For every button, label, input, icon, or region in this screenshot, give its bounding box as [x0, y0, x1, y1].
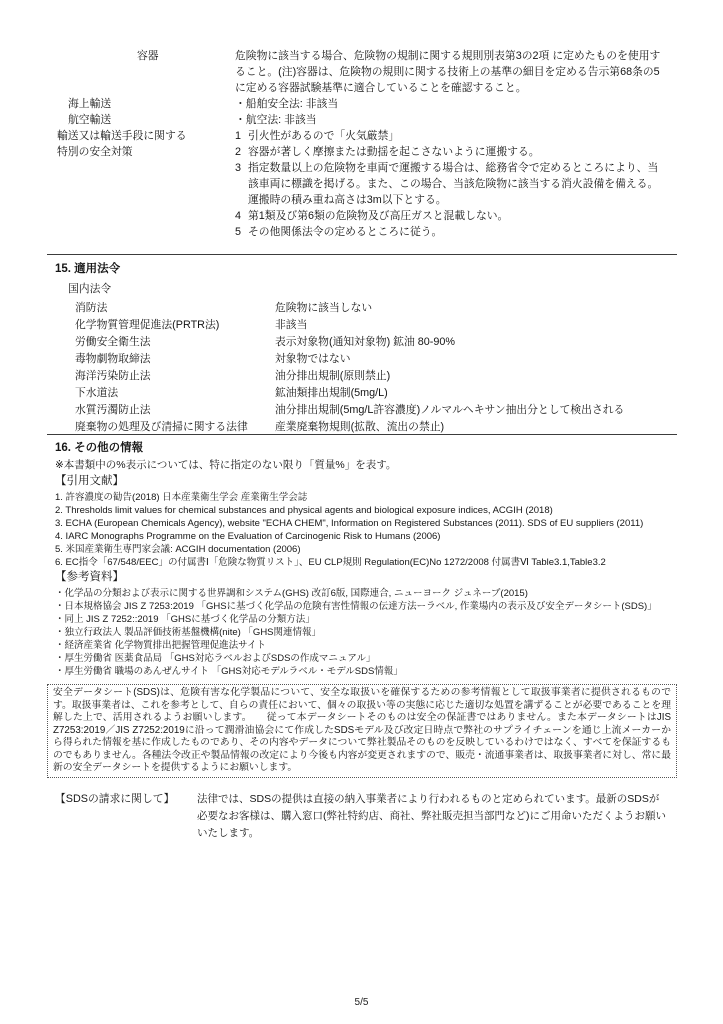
- sds-document-page: 容器 危険物に該当する場合、危険物の規制に関する規則別表第3の2項 に定めたもの…: [0, 0, 723, 1024]
- reference-item: ・経済産業省 化学物質排出把握管理促進法サイト: [55, 639, 669, 652]
- safety-item-text: 指定数量以上の危険物を車両で運搬する場合は、総務省令で定めるところにより、当該車…: [248, 160, 669, 208]
- section-16-other-information: 16. その他の情報 ※本書類中の%表示については、特に指定のない限り「質量%」…: [55, 440, 669, 842]
- law-name: 毒物劇物取締法: [55, 351, 275, 368]
- safety-item-text: 第1類及び第6類の危険物及び高圧ガスと混載しない。: [248, 208, 669, 224]
- air-transport-label: 航空輸送: [55, 112, 235, 128]
- section-15-applicable-laws: 15. 適用法令 国内法令 消防法 危険物に該当しない 化学物質管理促進法(PR…: [55, 261, 669, 436]
- laws-table: 消防法 危険物に該当しない 化学物質管理促進法(PRTR法) 非該当 労働安全衛…: [55, 300, 669, 436]
- safety-item-number: 2: [235, 144, 248, 160]
- container-value: 危険物に該当する場合、危険物の規制に関する規則別表第3の2項 に定めたものを使用…: [235, 48, 669, 96]
- citation-item: 5. 米国産業衛生専門家会議: ACGIH documentation (200…: [55, 543, 669, 556]
- law-status: 油分排出規制(5mg/L許容濃度)ノルマルヘキサン抽出分として検出される: [275, 402, 669, 419]
- safety-item-number: 4: [235, 208, 248, 224]
- mass-percent-note: ※本書類中の%表示については、特に指定のない限り「質量%」を表す。: [55, 458, 669, 473]
- law-status: 非該当: [275, 317, 669, 334]
- law-status: 危険物に該当しない: [275, 300, 669, 317]
- law-row: 化学物質管理促進法(PRTR法) 非該当: [55, 317, 669, 334]
- container-row: 容器 危険物に該当する場合、危険物の規制に関する規則別表第3の2項 に定めたもの…: [55, 48, 669, 96]
- special-safety-measures-list: 1 引火性があるので「火気厳禁」 2 容器が著しく摩擦または動揺を起こさないよう…: [235, 128, 669, 240]
- reference-item: ・同上 JIS Z 7252::2019 「GHSに基づく化学品の分類方法」: [55, 613, 669, 626]
- container-label: 容器: [55, 48, 235, 96]
- reference-item: ・化学品の分類および表示に関する世界調和システム(GHS) 改訂6版, 国際連合…: [55, 587, 669, 600]
- law-row: 海洋汚染防止法 油分排出規制(原則禁止): [55, 368, 669, 385]
- page-number: 5/5: [0, 997, 723, 1008]
- citation-item: 3. ECHA (European Chemicals Agency), web…: [55, 517, 669, 530]
- sea-transport-row: 海上輸送 ・船舶安全法: 非該当: [55, 96, 669, 112]
- law-name: 海洋汚染防止法: [55, 368, 275, 385]
- law-row: 消防法 危険物に該当しない: [55, 300, 669, 317]
- law-row: 毒物劇物取締法 対象物ではない: [55, 351, 669, 368]
- law-name: 消防法: [55, 300, 275, 317]
- safety-item: 4 第1類及び第6類の危険物及び高圧ガスと混載しない。: [235, 208, 669, 224]
- safety-item-number: 3: [235, 160, 248, 208]
- law-status: 表示対象物(通知対象物) 鉱油 80-90%: [275, 334, 669, 351]
- sds-disclaimer-box: 安全データシート(SDS)は、危険有害な化学製品について、安全な取扱いを確保する…: [47, 684, 677, 778]
- reference-item: ・日本規格協会 JIS Z 7253:2019 「GHSに基づく化学品の危険有害…: [55, 600, 669, 613]
- law-status: 対象物ではない: [275, 351, 669, 368]
- safety-item-text: 容器が著しく摩擦または動揺を起こさないように運搬する。: [248, 144, 669, 160]
- section-divider-line: [47, 434, 677, 435]
- safety-item-number: 5: [235, 224, 248, 240]
- law-name: 下水道法: [55, 385, 275, 402]
- law-status: 鉱油類排出規制(5mg/L): [275, 385, 669, 402]
- references-list: ・化学品の分類および表示に関する世界調和システム(GHS) 改訂6版, 国際連合…: [55, 587, 669, 678]
- safety-item: 2 容器が著しく摩擦または動揺を起こさないように運搬する。: [235, 144, 669, 160]
- law-name: 労働安全衛生法: [55, 334, 275, 351]
- special-safety-measures-label: 輸送又は輸送手段に関する 特別の安全対策: [55, 128, 235, 240]
- citation-item: 2. Thresholds limit values for chemical …: [55, 504, 669, 517]
- safety-item-text: その他関係法令の定めるところに従う。: [248, 224, 669, 240]
- citations-list: 1. 許容濃度の勧告(2018) 日本産業衛生学会 産業衛生学会誌 2. Thr…: [55, 491, 669, 569]
- law-status: 油分排出規制(原則禁止): [275, 368, 669, 385]
- sds-request-text: 法律では、SDSの提供は直接の納入事業者により行われるものと定められています。最…: [197, 791, 669, 842]
- citations-header: 【引用文献】: [55, 474, 669, 489]
- special-safety-measures-row: 輸送又は輸送手段に関する 特別の安全対策 1 引火性があるので「火気厳禁」 2 …: [55, 128, 669, 240]
- safety-item: 1 引火性があるので「火気厳禁」: [235, 128, 669, 144]
- law-name: 化学物質管理促進法(PRTR法): [55, 317, 275, 334]
- references-header: 【参考資料】: [55, 570, 669, 585]
- safety-item: 5 その他関係法令の定めるところに従う。: [235, 224, 669, 240]
- sds-request-label: 【SDSの請求に関して】: [55, 791, 197, 842]
- air-transport-value: ・航空法: 非該当: [235, 112, 669, 128]
- air-transport-row: 航空輸送 ・航空法: 非該当: [55, 112, 669, 128]
- sds-request-block: 【SDSの請求に関して】 法律では、SDSの提供は直接の納入事業者により行われる…: [55, 791, 669, 842]
- reference-item: ・独立行政法人 製品評価技術基盤機構(nite) 「GHS関連情報」: [55, 626, 669, 639]
- section-divider-line: [47, 254, 677, 255]
- citation-item: 6. EC指令「67/548/EEC」の付属書Ⅰ「危険な物質リスト」、EU CL…: [55, 556, 669, 569]
- special-safety-label-line1: 輸送又は輸送手段に関する: [57, 128, 235, 144]
- sea-transport-label: 海上輸送: [55, 96, 235, 112]
- safety-item: 3 指定数量以上の危険物を車両で運搬する場合は、総務省令で定めるところにより、当…: [235, 160, 669, 208]
- transport-precautions-block: 容器 危険物に該当する場合、危険物の規制に関する規則別表第3の2項 に定めたもの…: [55, 48, 669, 240]
- citation-item: 1. 許容濃度の勧告(2018) 日本産業衛生学会 産業衛生学会誌: [55, 491, 669, 504]
- special-safety-label-line2: 特別の安全対策: [57, 144, 235, 160]
- reference-item: ・厚生労働省 職場のあんぜんサイト 「GHS対応モデルラベル・モデルSDS情報」: [55, 665, 669, 678]
- domestic-laws-subheading: 国内法令: [55, 281, 669, 297]
- section-16-heading: 16. その他の情報: [55, 440, 669, 456]
- law-row: 下水道法 鉱油類排出規制(5mg/L): [55, 385, 669, 402]
- sea-transport-value: ・船舶安全法: 非該当: [235, 96, 669, 112]
- safety-item-text: 引火性があるので「火気厳禁」: [248, 128, 669, 144]
- law-row: 水質汚濁防止法 油分排出規制(5mg/L許容濃度)ノルマルヘキサン抽出分として検…: [55, 402, 669, 419]
- safety-item-number: 1: [235, 128, 248, 144]
- law-name: 水質汚濁防止法: [55, 402, 275, 419]
- law-row: 労働安全衛生法 表示対象物(通知対象物) 鉱油 80-90%: [55, 334, 669, 351]
- citation-item: 4. IARC Monographs Programme on the Eval…: [55, 530, 669, 543]
- reference-item: ・厚生労働省 医薬食品局 「GHS対応ラベルおよびSDSの作成マニュアル」: [55, 652, 669, 665]
- section-15-heading: 15. 適用法令: [55, 261, 669, 277]
